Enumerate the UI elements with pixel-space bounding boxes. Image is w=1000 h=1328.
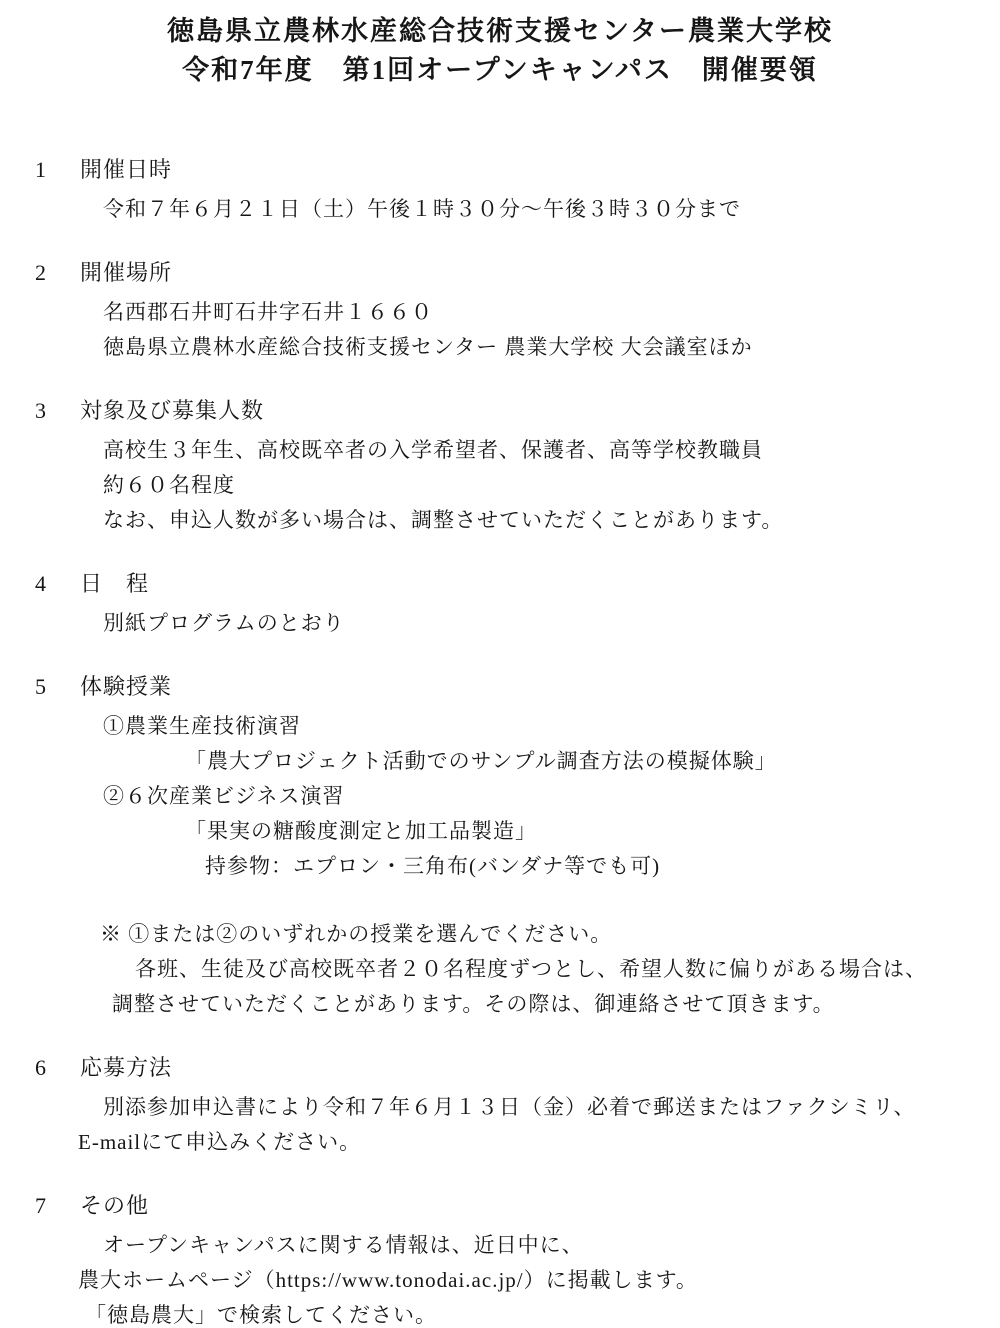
section-2: 2開催場所 名西郡石井町石井字石井１６６０ 徳島県立農林水産総合技術支援センター… [0, 255, 1000, 365]
section-1-number: 1 [0, 152, 80, 188]
document-line: オープンキャンパスに関する情報は、近日中に、 [0, 1228, 1000, 1263]
document-page: 徳島県立農林水産総合技術支援センター農業大学校 令和7年度 第1回オープンキャン… [0, 0, 1000, 1328]
section-3: 3対象及び募集人数 高校生３年生、高校既卒者の入学希望者、保護者、高等学校教職員… [0, 393, 1000, 538]
section-1-heading: 1開催日時 [0, 152, 1000, 188]
section-7-heading-text: その他 [80, 1193, 149, 1218]
section-4: 4日 程 別紙プログラムのとおり [0, 566, 1000, 641]
document-line-homepage-url: 農大ホームページ（https://www.tonodai.ac.jp/）に掲載し… [0, 1263, 1000, 1298]
section-1: 1開催日時 令和７年６月２１日（土）午後１時３０分～午後３時３０分まで [0, 152, 1000, 227]
document-line-class-2-title: 「果実の糖酸度測定と加工品製造」 [0, 814, 1000, 849]
section-5-heading: 5体験授業 [0, 669, 1000, 705]
document-line: 高校生３年生、高校既卒者の入学希望者、保護者、高等学校教職員 [0, 433, 1000, 468]
document-line-bring-items: 持参物：エプロン・三角布(バンダナ等でも可) [0, 849, 1000, 884]
title-line-1: 徳島県立農林水産総合技術支援センター農業大学校 [0, 12, 1000, 51]
document-line-class-1: ①農業生産技術演習 [0, 709, 1000, 744]
document-line: 別添参加申込書により令和７年６月１３日（金）必着で郵送またはファクシミリ、 [0, 1090, 1000, 1125]
document-line: 「徳島農大」で検索してください。 [0, 1298, 1000, 1328]
section-6-number: 6 [0, 1050, 80, 1086]
section-7-number: 7 [0, 1188, 80, 1224]
section-6-heading-text: 応募方法 [80, 1055, 172, 1080]
document-line-class-2: ②６次産業ビジネス演習 [0, 779, 1000, 814]
document-line: 約６０名程度 [0, 468, 1000, 503]
section-2-number: 2 [0, 255, 80, 291]
document-line: 徳島県立農林水産総合技術支援センター 農業大学校 大会議室ほか [0, 330, 1000, 365]
section-2-heading: 2開催場所 [0, 255, 1000, 291]
document-line-note: ※ ①または②のいずれかの授業を選んでください。 [0, 917, 1000, 952]
section-4-heading: 4日 程 [0, 566, 1000, 602]
section-6: 6応募方法 別添参加申込書により令和７年６月１３日（金）必着で郵送またはファクシ… [0, 1050, 1000, 1160]
document-line: 各班、生徒及び高校既卒者２０名程度ずつとし、希望人数に偏りがある場合は、 [0, 952, 1000, 987]
section-4-heading-text: 日 程 [80, 571, 149, 596]
title-line-2: 令和7年度 第1回オープンキャンパス 開催要領 [0, 51, 1000, 90]
section-7: 7その他 オープンキャンパスに関する情報は、近日中に、 農大ホームページ（htt… [0, 1188, 1000, 1328]
section-3-heading-text: 対象及び募集人数 [80, 398, 264, 423]
section-5-heading-text: 体験授業 [80, 674, 172, 699]
section-3-heading: 3対象及び募集人数 [0, 393, 1000, 429]
section-4-number: 4 [0, 566, 80, 602]
section-5-number: 5 [0, 669, 80, 705]
section-5: 5体験授業 ①農業生産技術演習 「農大プロジェクト活動でのサンプル調査方法の模擬… [0, 669, 1000, 1022]
document-line: 名西郡石井町石井字石井１６６０ [0, 295, 1000, 330]
section-7-heading: 7その他 [0, 1188, 1000, 1224]
section-1-heading-text: 開催日時 [80, 157, 172, 182]
document-line: 調整させていただくことがあります。その際は、御連絡させて頂きます。 [0, 987, 1000, 1022]
section-6-heading: 6応募方法 [0, 1050, 1000, 1086]
document-line: 別紙プログラムのとおり [0, 606, 1000, 641]
document-line-class-1-title: 「農大プロジェクト活動でのサンプル調査方法の模擬体験」 [0, 744, 1000, 779]
document-line: なお、申込人数が多い場合は、調整させていただくことがあります。 [0, 503, 1000, 538]
document-title: 徳島県立農林水産総合技術支援センター農業大学校 令和7年度 第1回オープンキャン… [0, 12, 1000, 90]
section-2-heading-text: 開催場所 [80, 260, 172, 285]
document-line: E-mailにて申込みください。 [0, 1125, 1000, 1160]
document-line: 令和７年６月２１日（土）午後１時３０分～午後３時３０分まで [0, 192, 1000, 227]
section-3-number: 3 [0, 393, 80, 429]
